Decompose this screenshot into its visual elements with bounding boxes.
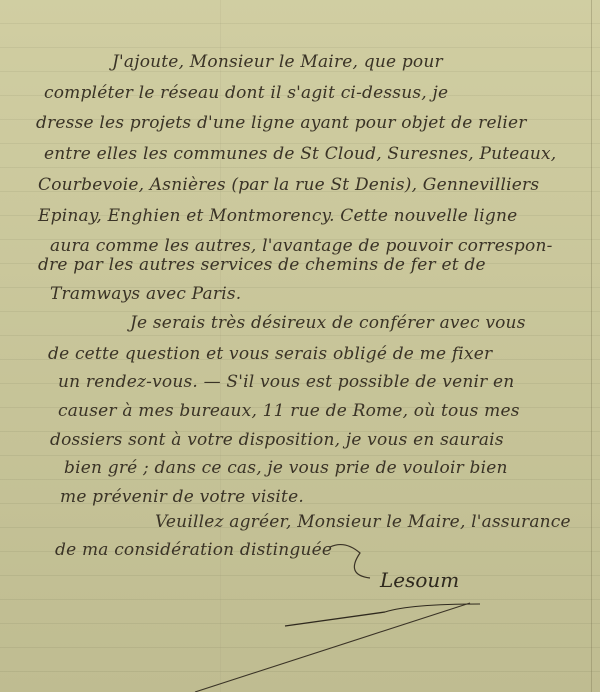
signature-flourish	[0, 0, 600, 692]
letter-page: J'ajoute, Monsieur le Maire, que pour co…	[0, 0, 600, 692]
